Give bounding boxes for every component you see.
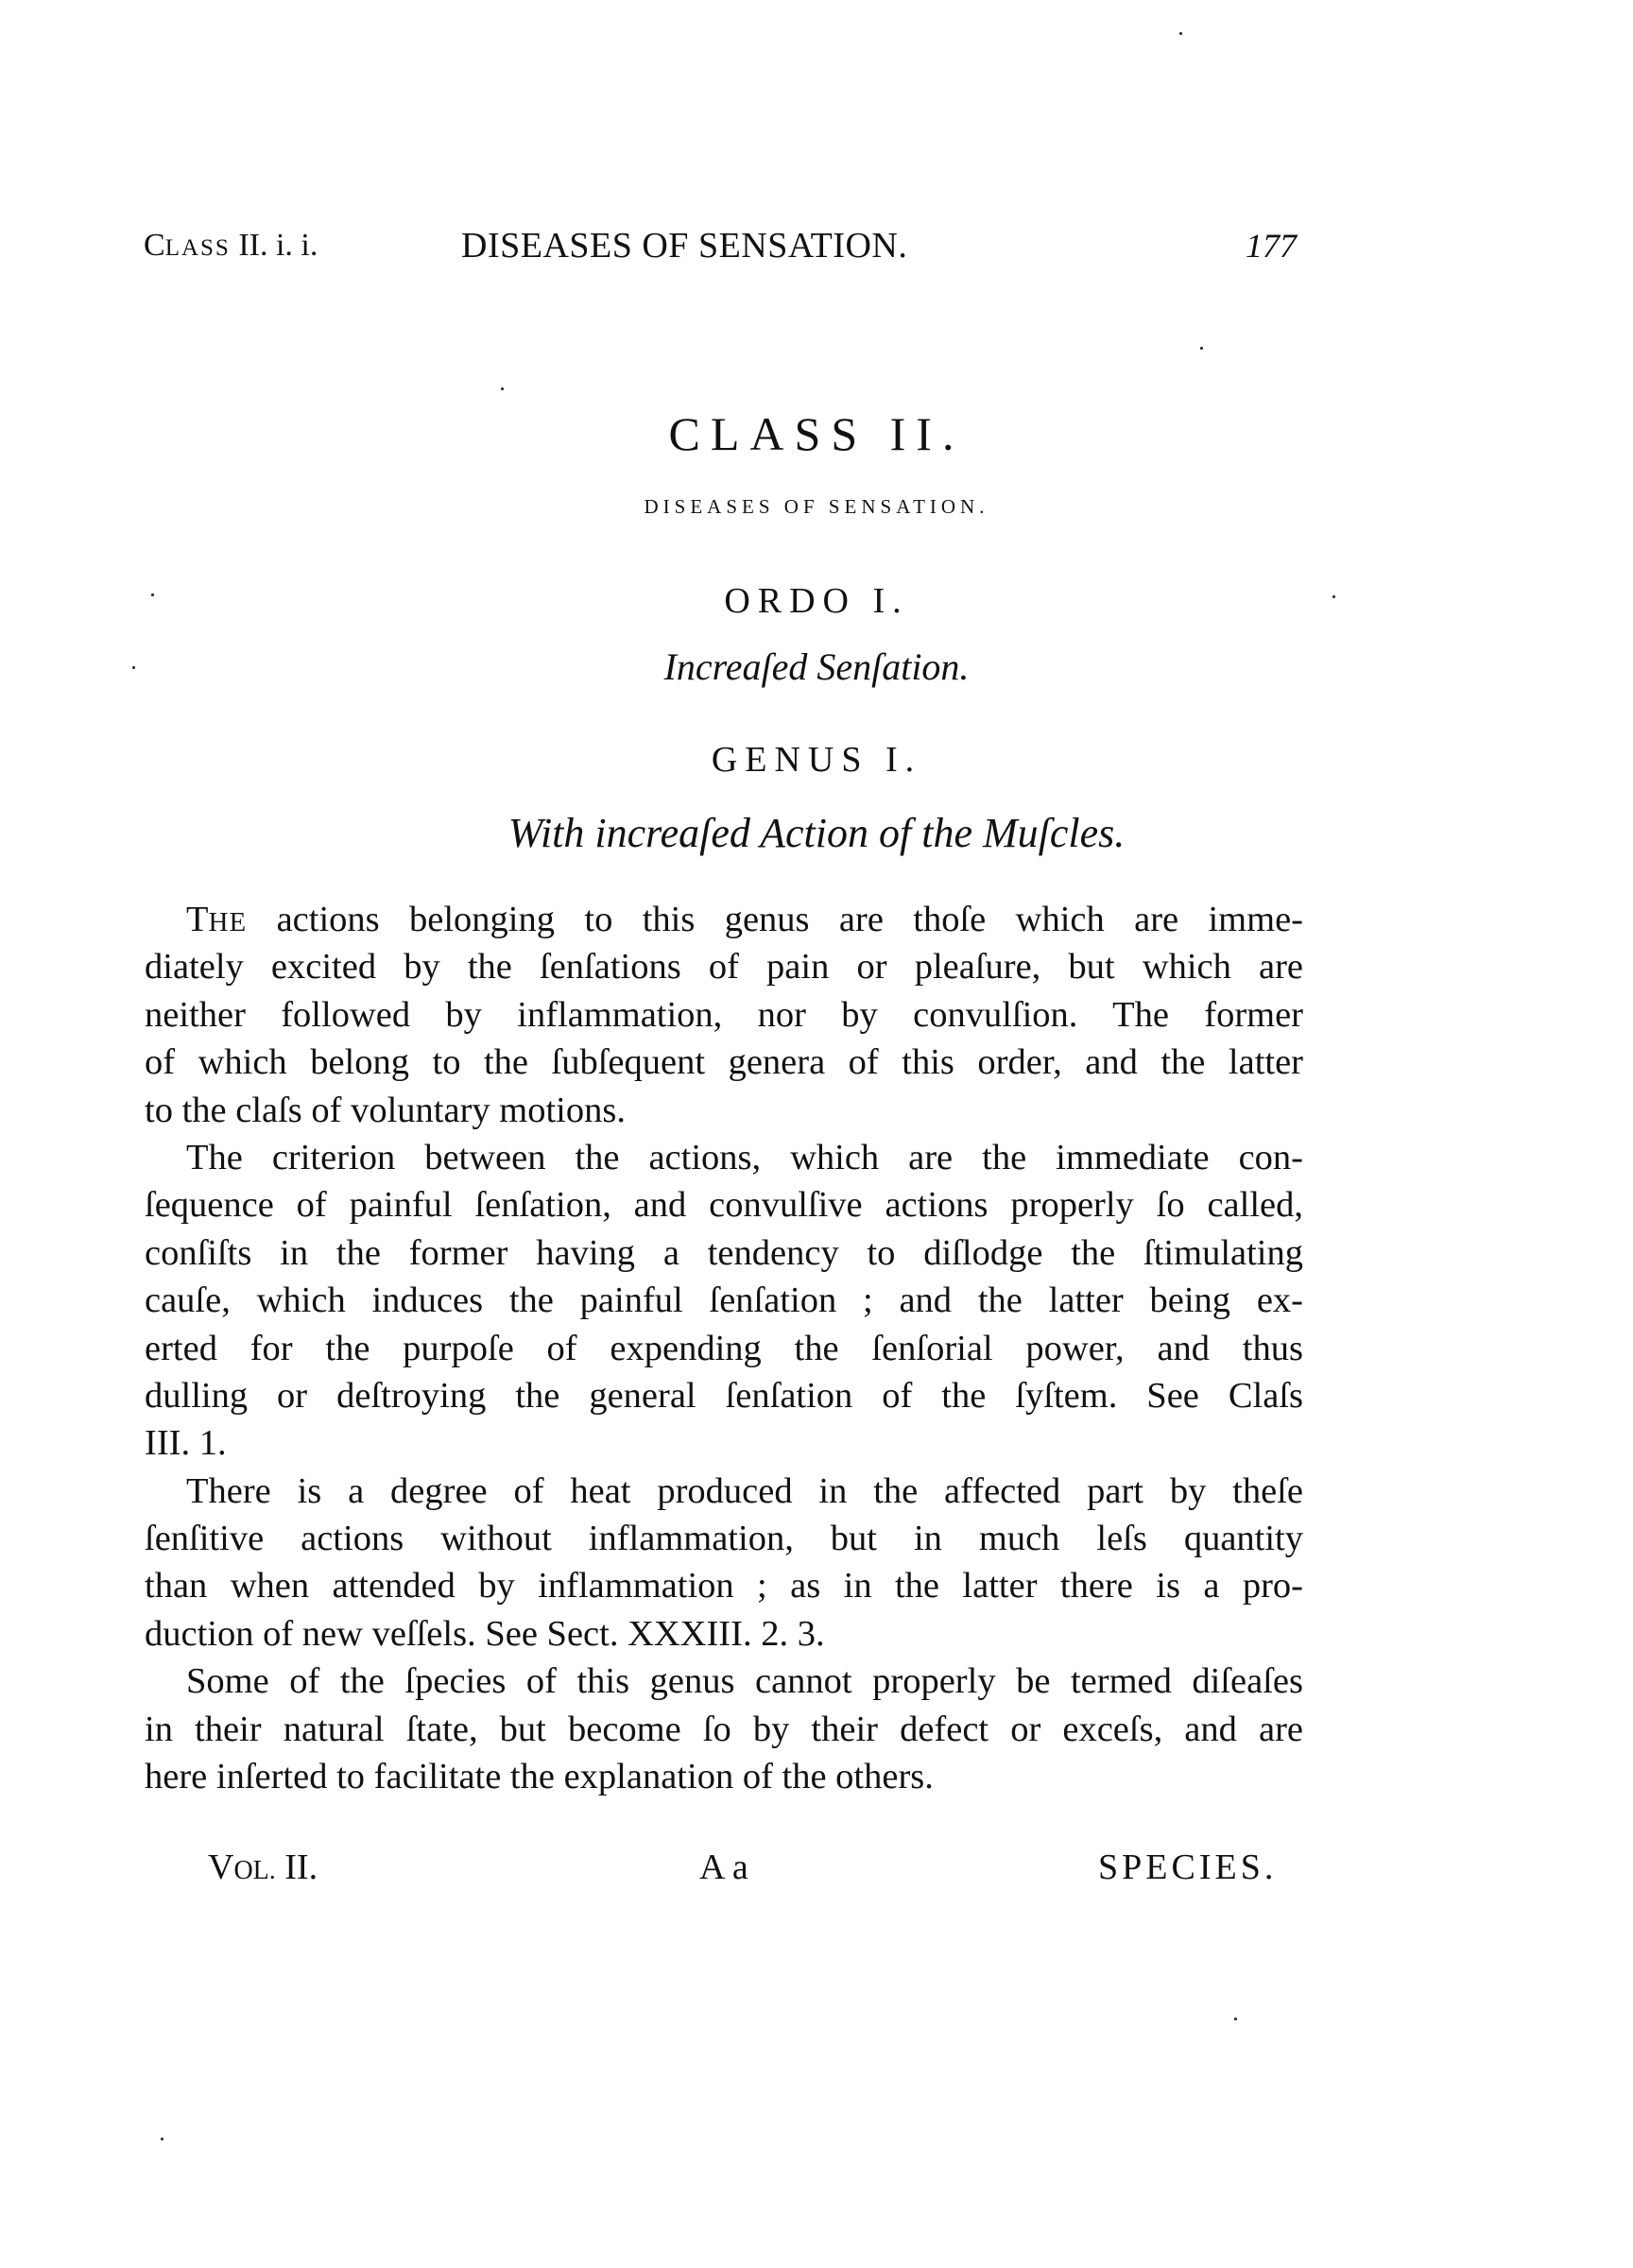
text-line: duction of new veſſels. See Sect. XXXIII… bbox=[145, 1610, 1303, 1658]
text-line: Some of the ſpecies of this genus cannot… bbox=[145, 1658, 1303, 1705]
text-line: here inſerted to facilitate the explanat… bbox=[145, 1753, 1303, 1800]
text-line: than when attended by inflammation ; as … bbox=[145, 1562, 1303, 1609]
text-line: ſequence of painful ſenſation, and convu… bbox=[145, 1181, 1303, 1228]
running-header-title: DISEASES OF SENSATION. bbox=[461, 225, 907, 266]
scan-speck bbox=[151, 593, 154, 596]
scan-speck bbox=[1234, 2018, 1237, 2020]
page-number: 177 bbox=[1246, 225, 1297, 266]
footer-signature-mark: A a bbox=[699, 1845, 748, 1890]
scan-speck bbox=[132, 666, 135, 669]
text-line: There is a degree of heat produced in th… bbox=[145, 1468, 1303, 1515]
footer-volume: VOL. II. bbox=[208, 1845, 318, 1890]
text-line: erted for the purpoſe of expending the ſ… bbox=[145, 1325, 1303, 1372]
text-line: cauſe, which induces the painful ſenſati… bbox=[145, 1277, 1303, 1324]
text-line: neither followed by inflammation, nor by… bbox=[145, 991, 1303, 1039]
genus-subtitle: With increaſed Action of the Muſcles. bbox=[0, 809, 1633, 857]
paragraph-4: Some of the ſpecies of this genus cannot… bbox=[145, 1658, 1303, 1800]
initial-letter: T bbox=[186, 900, 209, 939]
ordo-heading: ORDO I. bbox=[0, 580, 1633, 622]
body-text: THE actions belonging to this genus are … bbox=[145, 896, 1303, 1800]
ordo-subtitle: Increaſed Senſation. bbox=[0, 644, 1633, 689]
scan-speck bbox=[1332, 595, 1335, 598]
text-line: in their natural ſtate, but become ſo by… bbox=[145, 1706, 1303, 1753]
scan-speck bbox=[161, 2138, 163, 2140]
header-section-number: II. i. i. bbox=[231, 228, 318, 263]
scan-speck bbox=[501, 387, 504, 390]
text-line: dulling or deſtroying the general ſenſat… bbox=[145, 1372, 1303, 1419]
paragraph-1: THE actions belonging to this genus are … bbox=[145, 896, 1303, 1134]
text-line: diately excited by the ſenſations of pai… bbox=[145, 943, 1303, 990]
text-line: conſiſts in the former having a tendency… bbox=[145, 1229, 1303, 1277]
paragraph-3: There is a degree of heat produced in th… bbox=[145, 1468, 1303, 1658]
footer-catchword: SPECIES. bbox=[1098, 1845, 1277, 1890]
first-word-smallcaps: HE bbox=[209, 907, 248, 937]
text-line: THE actions belonging to this genus are … bbox=[145, 896, 1303, 943]
class-subtitle: DISEASES OF SENSATION. bbox=[0, 495, 1633, 519]
class-heading: CLASS II. bbox=[0, 406, 1633, 461]
paragraph-2: The criterion between the actions, which… bbox=[145, 1134, 1303, 1468]
text-line: ſenſitive actions without inflammation, … bbox=[145, 1515, 1303, 1562]
header-section-smallcaps: LASS bbox=[165, 235, 231, 261]
genus-heading: GENUS I. bbox=[0, 739, 1633, 781]
text-line: of which belong to the ſubſequent genera… bbox=[145, 1039, 1303, 1086]
scan-speck bbox=[1179, 32, 1182, 35]
header-section-initial: C bbox=[144, 228, 165, 263]
text-line: to the claſs of voluntary motions. bbox=[145, 1087, 1303, 1134]
text-line: The criterion between the actions, which… bbox=[145, 1134, 1303, 1181]
running-header-section: CLASS II. i. i. bbox=[144, 225, 318, 266]
book-page: CLASS II. i. i. DISEASES OF SENSATION. 1… bbox=[0, 0, 1633, 2268]
text-line: III. 1. bbox=[145, 1419, 1303, 1467]
scan-speck bbox=[1200, 347, 1203, 350]
